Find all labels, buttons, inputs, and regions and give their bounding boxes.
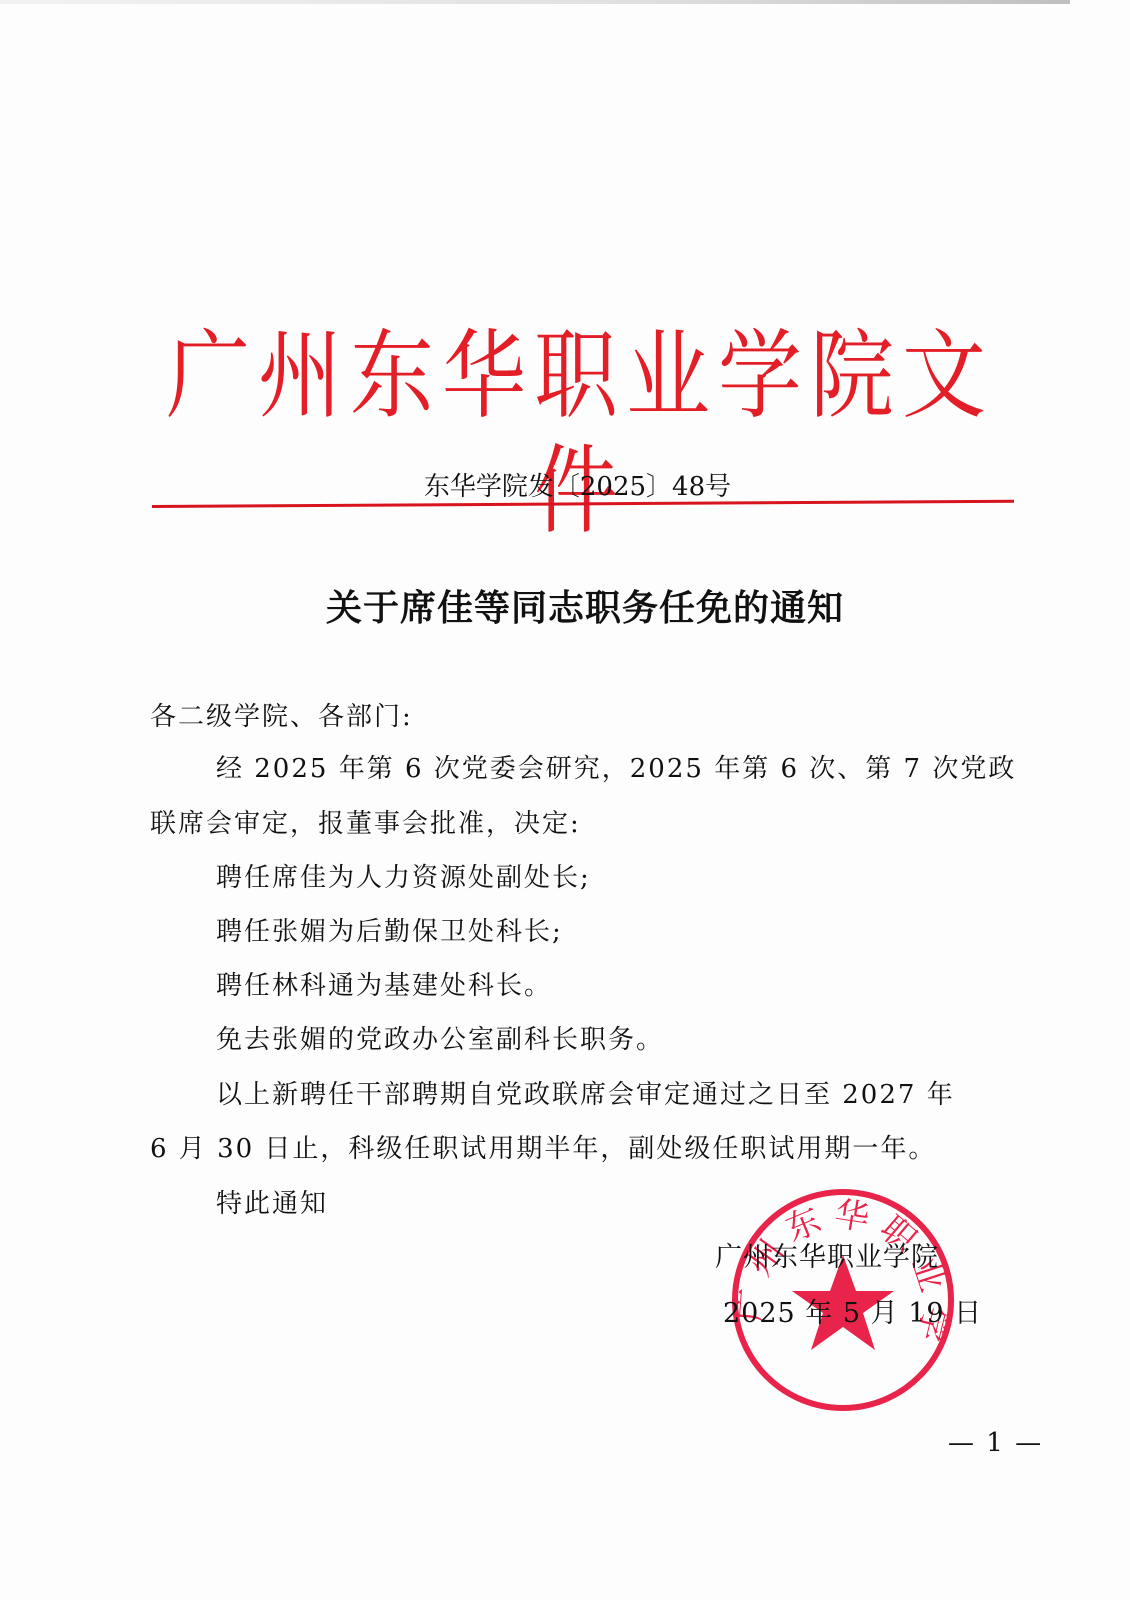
- page-number: — 1 —: [948, 1428, 1043, 1458]
- issue-date: 2025 年 5 月 19 日: [723, 1296, 982, 1332]
- document-page: 广州东华职业学院文件 东华学院发〔2025〕48号 关于席佳等同志职务任免的通知…: [0, 0, 1130, 1600]
- body-paragraph: 6 月 30 日止，科级任职试用期半年，副处级任职试用期一年。: [150, 1132, 936, 1166]
- body-paragraph: 联席会审定，报董事会批准，决定:: [150, 807, 581, 841]
- appointment-item: 聘任林科通为基建处科长。: [216, 969, 552, 1003]
- body-paragraph: 以上新聘任干部聘期自党政联席会审定通过之日至 2027 年: [216, 1078, 955, 1112]
- removal-item: 免去张媚的党政办公室副科长职务。: [216, 1023, 664, 1057]
- org-header-title: 广州东华职业学院文件: [150, 318, 1010, 548]
- issuer-name: 广州东华职业学院: [715, 1240, 939, 1276]
- appointment-item: 聘任张媚为后勤保卫处科长;: [216, 915, 563, 949]
- document-number: 东华学院发〔2025〕48号: [150, 470, 1005, 504]
- appointment-item: 聘任席佳为人力资源处副处长;: [216, 861, 591, 895]
- salutation: 各二级学院、各部门:: [150, 700, 413, 734]
- closing-line: 特此通知: [216, 1187, 328, 1221]
- document-title: 关于席佳等同志职务任免的通知: [150, 584, 1020, 632]
- body-paragraph: 经 2025 年第 6 次党委会研究，2025 年第 6 次、第 7 次党政: [216, 752, 1016, 786]
